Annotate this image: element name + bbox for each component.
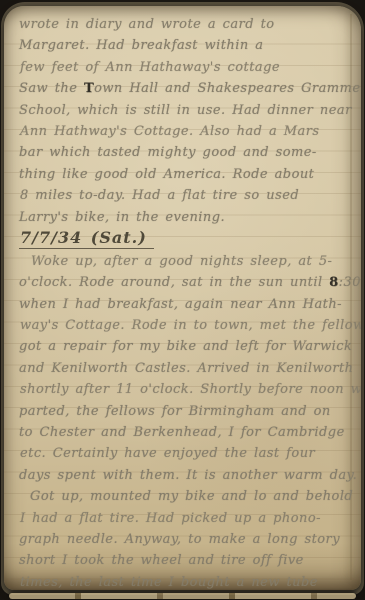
diary-line: and Kenilworth Castles. Arrived in Kenil…: [19, 358, 355, 379]
diary-line-text: :30: [339, 275, 361, 290]
date-heading: 7/7/34 (Sat.): [19, 228, 355, 251]
diary-line-text: when I had breakfast, again near Ann Hat…: [19, 297, 342, 312]
diary-line-text: days spent with them. It is another warm…: [19, 468, 357, 483]
diary-line-text: 8 miles to-day. Had a flat tire so used: [20, 188, 299, 203]
diary-line: days spent with them. It is another warm…: [19, 465, 355, 486]
diary-line-text: bar which tasted mighty good and some-: [19, 145, 317, 160]
diary-line: shortly after 11 o'clock. Shortly before…: [20, 379, 355, 400]
diary-line-text: Saw the: [19, 81, 84, 96]
diary-line-text: way's Cottage. Rode in to town, met the …: [20, 318, 361, 333]
diary-line-text: Ann Hathway's Cottage. Also had a Mars: [20, 124, 320, 139]
date-heading-text: 7/7/34 (Sat.): [19, 228, 154, 249]
diary-line: wrote in diary and wrote a card to: [19, 14, 355, 35]
diary-line: etc. Certainly have enjoyed the last fou…: [20, 443, 355, 464]
diary-line: Saw the Town Hall and Shakespeares Gramm…: [19, 78, 355, 99]
diary-line-text: shortly after 11 o'clock. Shortly before…: [20, 382, 361, 397]
diary-line-text: Larry's bike, in the evening.: [19, 210, 225, 225]
diary-line-text: Margaret. Had breakfast within a: [19, 38, 263, 53]
diary-line: parted, the fellows for Birmingham and o…: [19, 401, 355, 422]
retraced-ink-character: 8: [329, 275, 339, 290]
diary-line-text: to Chester and Berkenhead, I for Cambrid…: [19, 425, 345, 440]
diary-line: got a repair for my bike and left for Wa…: [19, 336, 355, 357]
diary-line-text: parted, the fellows for Birmingham and o…: [19, 404, 331, 419]
diary-line-text: wrote in diary and wrote a card to: [19, 17, 275, 32]
diary-line: 8 miles to-day. Had a flat tire so used: [20, 185, 355, 206]
diary-line: few feet of Ann Hathaway's cottage: [20, 57, 355, 78]
diary-line: times, the last time I bought a new tube: [20, 572, 355, 590]
diary-line-text: graph needle. Anyway, to make a long sto…: [19, 532, 340, 547]
diary-line: o'clock. Rode around, sat in the sun unt…: [19, 272, 355, 293]
diary-line: Larry's bike, in the evening.: [19, 207, 355, 228]
diary-line: thing like good old America. Rode about: [19, 164, 355, 185]
diary-line: graph needle. Anyway, to make a long sto…: [19, 529, 355, 550]
diary-line-text: and Kenilworth Castles. Arrived in Kenil…: [19, 361, 354, 376]
diary-line: Ann Hathway's Cottage. Also had a Mars: [20, 121, 355, 142]
diary-line: Woke up, after a good nights sleep, at 5…: [20, 251, 355, 272]
diary-line: Got up, mounted my bike and lo and behol…: [19, 486, 355, 507]
diary-page: wrote in diary and wrote a card toMargar…: [4, 6, 361, 590]
diary-line-text: School, which is still in use. Had dinne…: [19, 103, 352, 118]
retraced-ink-character: T: [84, 81, 94, 96]
diary-line: short I took the wheel and tire off five: [19, 550, 355, 571]
diary-line-text: I had a flat tire. Had picked up a phono…: [20, 511, 321, 526]
diary-line-text: few feet of Ann Hathaway's cottage: [20, 60, 280, 75]
diary-line-text: etc. Certainly have enjoyed the last fou…: [20, 446, 315, 461]
photo-background: wrote in diary and wrote a card toMargar…: [0, 0, 365, 600]
handwritten-text: wrote in diary and wrote a card toMargar…: [19, 14, 355, 590]
diary-line-text: thing like good old America. Rode about: [19, 167, 314, 182]
diary-line: to Chester and Berkenhead, I for Cambrid…: [19, 422, 355, 443]
diary-line-text: Got up, mounted my bike and lo and behol…: [30, 489, 353, 504]
diary-line-text: own Hall and Shakespeares Grammer: [94, 81, 361, 96]
diary-line-text: o'clock. Rode around, sat in the sun unt…: [19, 275, 329, 290]
diary-line-text: times, the last time I bought a new tube: [20, 575, 318, 590]
diary-line-text: Woke up, after a good nights sleep, at 5…: [31, 254, 332, 269]
diary-line: Margaret. Had breakfast within a: [19, 35, 355, 56]
diary-line: School, which is still in use. Had dinne…: [19, 100, 355, 121]
diary-line-text: short I took the wheel and tire off five: [19, 553, 304, 568]
diary-line: I had a flat tire. Had picked up a phono…: [20, 508, 355, 529]
diary-line: when I had breakfast, again near Ann Hat…: [19, 294, 355, 315]
bottom-page-edges: [9, 593, 356, 599]
diary-line: way's Cottage. Rode in to town, met the …: [20, 315, 355, 336]
diary-line: bar which tasted mighty good and some-: [19, 142, 355, 163]
diary-line-text: got a repair for my bike and left for Wa…: [19, 339, 352, 354]
